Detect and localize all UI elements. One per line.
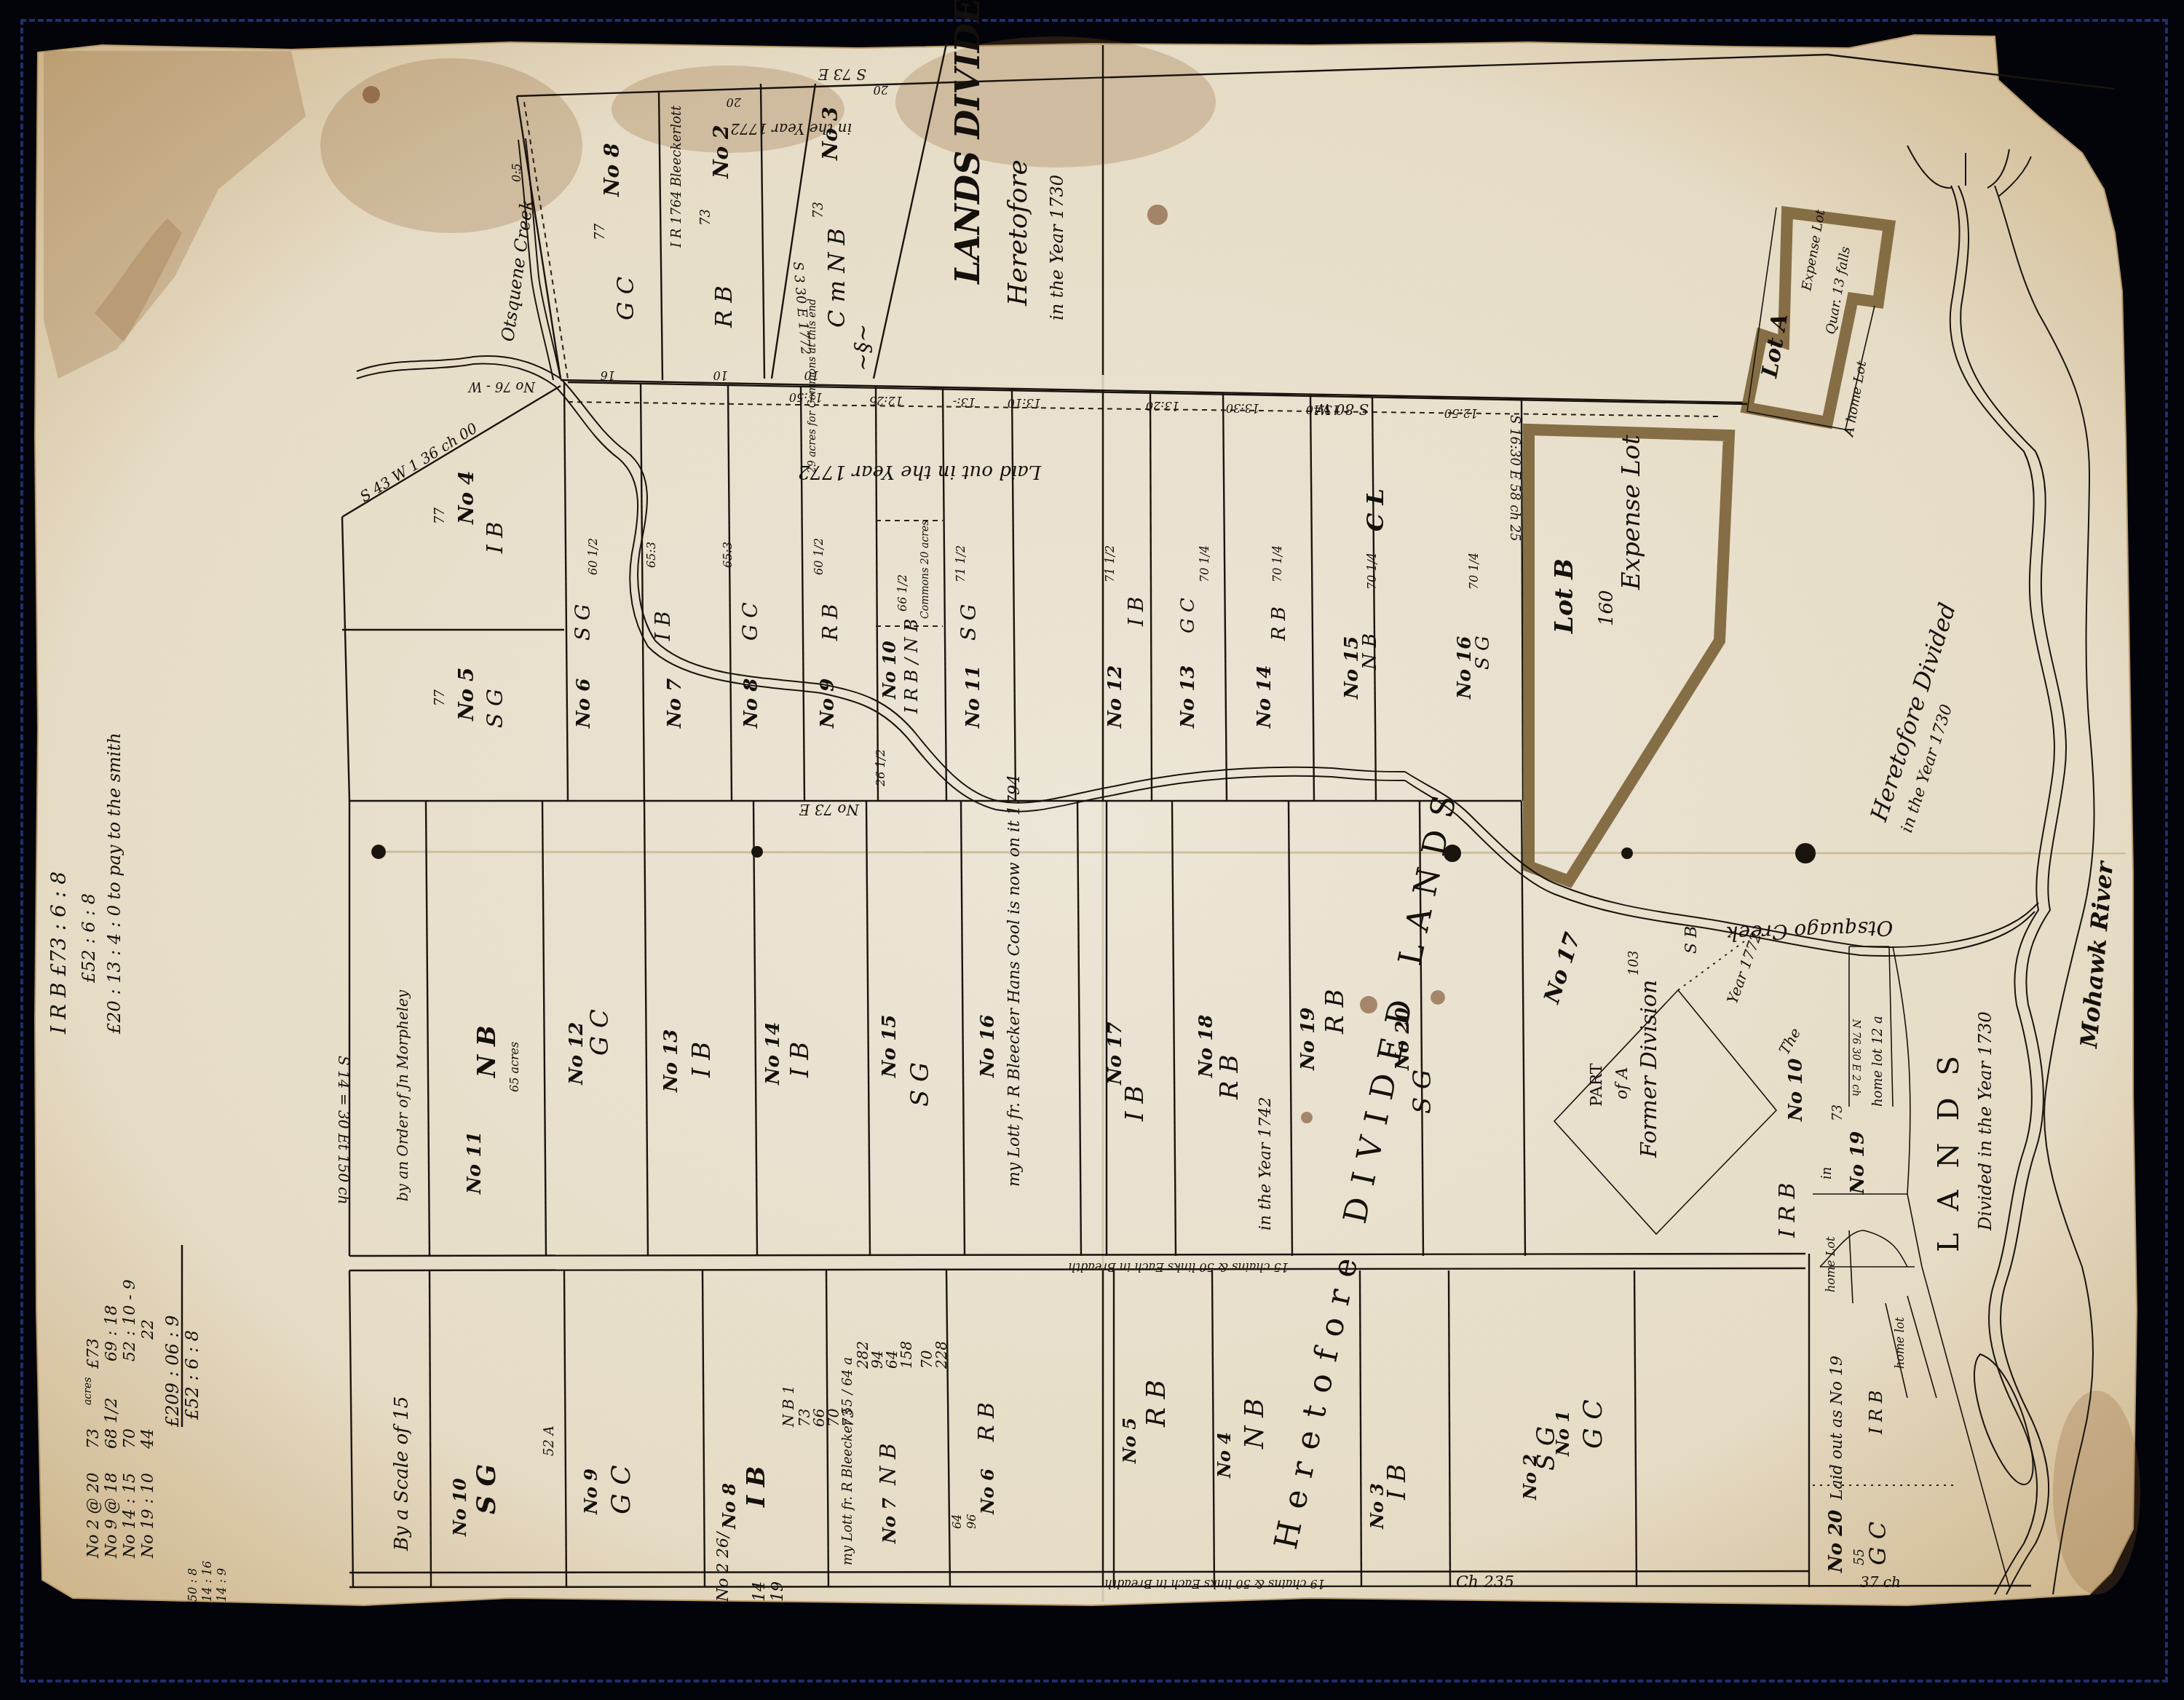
map-label: No 8 xyxy=(600,143,624,198)
map-label: G C xyxy=(1578,1399,1608,1449)
bearing-home-lot: N 76 30 E 2 ch xyxy=(1850,1019,1861,1096)
map-label: No 12 xyxy=(1104,665,1126,729)
map-label: 69 : 18 xyxy=(103,1305,121,1361)
map-label: No 6 xyxy=(573,679,595,729)
chain-label-lower: 19 chains & 50 links Each in Breadth xyxy=(1104,1577,1325,1591)
map-label: S B xyxy=(1682,926,1701,954)
map-label: R B xyxy=(1321,989,1350,1035)
map-label: No 5 xyxy=(1119,1418,1140,1464)
map-label: 22 xyxy=(139,1319,157,1340)
bearing-top: S 73 E xyxy=(818,66,866,83)
bearing-lot16: S 16:30 E 58 ch 25 xyxy=(1507,415,1522,541)
map-label: 20 xyxy=(727,95,742,109)
map-label: 71 1/2 xyxy=(954,545,968,582)
map-label: No 14 xyxy=(1254,665,1275,729)
map-label: 77 xyxy=(432,689,448,706)
part-label: PART xyxy=(1588,1063,1606,1107)
bearing-left-margin: S 14 = 30 Et 150 ch xyxy=(335,1056,352,1204)
former-division-label: Former Division xyxy=(1637,980,1662,1158)
map-label: acres xyxy=(82,1377,94,1405)
map-label: 29 acres for Commons at this end xyxy=(807,299,818,474)
map-label: I B xyxy=(742,1466,771,1508)
title-year-1742: in the Year 1742 xyxy=(1257,1097,1275,1230)
account-total-1: £209 : 06 : 9 xyxy=(162,1315,183,1428)
map-label: No 8 xyxy=(719,1483,740,1530)
map-label: 52 A xyxy=(542,1426,557,1456)
map-label: 73 xyxy=(698,209,713,226)
map-label: 70 1/4 xyxy=(1365,553,1379,590)
lot-b-acres: 160 xyxy=(1596,590,1618,626)
map-label: 16 xyxy=(601,368,615,382)
map-label: 13:20 xyxy=(1146,399,1179,413)
map-label: I B xyxy=(786,1042,815,1078)
map-label: G C xyxy=(738,602,762,641)
map-label: G C xyxy=(585,1009,614,1056)
account-row-2: No 9 @ 18 xyxy=(103,1473,121,1559)
part-of-a-label: of A xyxy=(1613,1067,1631,1099)
scale-bottom: Ch 235 xyxy=(1456,1573,1514,1592)
map-label: No 18 xyxy=(1195,1015,1217,1078)
map-label: No 7 xyxy=(879,1498,900,1544)
map-label: 60 1/2 xyxy=(812,538,826,575)
chain-label-upper: 15 chains & 50 links Each in Breadth xyxy=(1068,1260,1289,1274)
map-label: N B 1 xyxy=(780,1385,797,1428)
map-label: 12:25 xyxy=(869,394,903,408)
map-label: 66 1/2 xyxy=(895,574,909,612)
map-label: my Lott fr. R Bleecker Hans Cool is now … xyxy=(1005,775,1024,1187)
map-label: I R 1764 Bleeckerlott xyxy=(669,105,684,248)
map-label: S G xyxy=(471,1464,502,1514)
map-label: 96 xyxy=(965,1514,978,1529)
map-label: 70 1/4 xyxy=(1270,545,1284,582)
map-label: R B xyxy=(818,604,842,641)
scale-bottom-right: 37 ch xyxy=(1860,1573,1901,1591)
map-label: 12:50 xyxy=(1444,406,1478,420)
map-label: No 15 xyxy=(879,1015,901,1078)
map-label: No 13 xyxy=(1177,665,1199,729)
map-label: R B xyxy=(1142,1380,1171,1428)
map-label: No 16 xyxy=(977,1015,999,1078)
title-year-1730: in the Year 1730 xyxy=(1047,175,1067,320)
map-label: No 9 xyxy=(580,1468,601,1515)
map-label: by an Order of Jn Morpheley xyxy=(394,989,411,1201)
map-label: 70 1/4 xyxy=(1198,545,1211,582)
map-label: No 17 xyxy=(1104,1022,1126,1086)
map-label: 13:30 xyxy=(1226,401,1259,415)
map-label: C L xyxy=(1361,489,1389,531)
map-label: R B xyxy=(974,1402,1000,1442)
map-label: 68 1/2 xyxy=(103,1398,121,1449)
map-label: 65 acres xyxy=(507,1042,521,1092)
map-label: 13:- xyxy=(953,395,976,409)
map-label: No 1 xyxy=(1552,1410,1573,1457)
map-label: S G xyxy=(571,604,595,641)
map-label: No 2 xyxy=(714,1563,732,1603)
map-label: 52 : 10 - 9 xyxy=(121,1279,139,1361)
map-label: No 10 xyxy=(879,641,900,700)
map-label: No 10 xyxy=(1785,1059,1807,1122)
title-heretofore: Heretofore xyxy=(1003,159,1033,307)
map-label: S G xyxy=(1472,636,1494,670)
map-label: 73 xyxy=(1830,1104,1845,1121)
map-label: By a Scale of 15 xyxy=(391,1396,413,1551)
map-label: 73 xyxy=(84,1428,103,1449)
map-label: £73 xyxy=(84,1338,103,1369)
map-label: I R B / N B xyxy=(901,619,922,714)
map-label: No 10 xyxy=(449,1478,470,1537)
home-lot-lower: home lot xyxy=(1893,1317,1907,1369)
map-label: 14 : 16 xyxy=(200,1561,214,1602)
map-label: No 6 xyxy=(977,1468,998,1515)
map-label: 70 1/4 xyxy=(1467,553,1481,590)
home-lot-small: home Lot xyxy=(1824,1236,1837,1292)
map-label: I R B xyxy=(1866,1391,1886,1435)
map-label: 103 xyxy=(1626,951,1642,976)
lot-b-name: Expense Lot xyxy=(1617,435,1646,590)
survey-map: LANDS DIVIDED Heretofore in the Year 173… xyxy=(0,0,2184,1700)
map-label: 13:10 xyxy=(1008,396,1041,410)
map-label: No 3 xyxy=(818,107,842,162)
map-label: 77 xyxy=(593,224,608,240)
map-label: 44 xyxy=(139,1428,157,1450)
map-label: C m N B xyxy=(823,228,850,328)
map-label: R B xyxy=(710,285,737,328)
map-label: No 20 xyxy=(1392,1008,1414,1071)
title-lands-bottom-right: LANDS xyxy=(1932,1034,1966,1252)
account-top-1: I R B £73 : 6 : 8 xyxy=(47,871,71,1035)
account-row-4: No 19 : 10 xyxy=(139,1473,157,1559)
map-label: 20 xyxy=(874,83,889,97)
account-total-2: £52 : 6 : 8 xyxy=(182,1330,202,1420)
map-label: 14 : 9 xyxy=(215,1568,229,1602)
map-label: N B xyxy=(1359,633,1381,671)
map-label: 50 : 8 xyxy=(186,1568,199,1602)
account-row-1: No 2 @ 20 xyxy=(84,1473,103,1559)
map-label: 64 xyxy=(950,1514,964,1529)
map-label: 73 xyxy=(811,202,826,218)
lot-b-label: Lot B xyxy=(1550,558,1579,634)
map-label: No 11 xyxy=(962,665,984,729)
map-label: No 14 xyxy=(762,1022,784,1086)
map-label: S G xyxy=(1408,1070,1437,1114)
map-label: N B xyxy=(876,1443,901,1486)
map-label: 0:5 xyxy=(510,163,523,182)
map-label: N B xyxy=(1240,1399,1270,1450)
map-label: No 5 xyxy=(454,668,478,722)
flourish-cartouche: ~§~ xyxy=(850,324,876,371)
title-lands: LANDS DIVIDED xyxy=(948,0,987,285)
map-label: I B xyxy=(687,1042,716,1078)
map-label: G C xyxy=(612,277,639,320)
map-label: No 11 xyxy=(464,1131,486,1195)
map-label: in xyxy=(1819,1167,1835,1179)
map-label: 13:40 xyxy=(1306,403,1340,416)
map-label: 70 xyxy=(121,1428,139,1449)
map-label: No 19 xyxy=(1847,1131,1869,1195)
map-label: Laid out as No 19 xyxy=(1828,1356,1846,1501)
map-label: G C xyxy=(606,1465,636,1514)
map-label: I B xyxy=(1120,1086,1150,1122)
map-label: 26/ xyxy=(714,1530,732,1559)
account-top-2: £52 : 6 : 8 xyxy=(79,893,99,984)
map-label: G C xyxy=(1177,598,1199,633)
map-label: S G xyxy=(957,604,981,641)
account-top-3: £20 : 13 : 4 : 0 to pay to the smith xyxy=(104,732,124,1035)
map-label: S G xyxy=(906,1062,935,1107)
map-label: 65:3 xyxy=(644,542,658,568)
map-label: No 13 xyxy=(660,1029,682,1093)
map-label: I B xyxy=(651,611,675,641)
map-label: G C xyxy=(1864,1522,1891,1565)
map-label: 77 xyxy=(432,507,448,524)
map-label: 60 1/2 xyxy=(586,538,600,575)
map-label: 26 1/2 xyxy=(874,749,887,787)
map-label: R B xyxy=(1268,606,1290,641)
account-row-3: No 14 : 15 xyxy=(121,1473,139,1559)
title-divided-1730-bottom-right: Divided in the Year 1730 xyxy=(1975,1011,1995,1231)
map-label: 65:3 xyxy=(721,542,735,568)
map-label: No 8 xyxy=(740,679,762,729)
map-label: 19 xyxy=(769,1581,787,1602)
map-label: 14 xyxy=(751,1581,769,1602)
bearing-no73: No 73 E xyxy=(799,801,860,818)
map-label: 158 xyxy=(898,1341,915,1369)
map-label: No 20 xyxy=(1825,1510,1847,1573)
map-label: No 4 xyxy=(454,471,478,526)
map-label: No 19 xyxy=(1297,1008,1319,1071)
map-label: No 4 xyxy=(1214,1432,1235,1479)
map-label: No 7 xyxy=(664,679,686,729)
map-label: 71 1/2 xyxy=(1103,545,1117,582)
title-laid-out-1772: Laid out in the Year 1772 xyxy=(798,461,1042,483)
home-lot-12: home lot 12 a xyxy=(1870,1016,1886,1107)
bearing-row: No 76 - W xyxy=(467,379,536,394)
map-label: No 2 xyxy=(709,125,733,180)
map-label: No 9 xyxy=(817,679,839,729)
map-label: I B xyxy=(1382,1464,1412,1501)
map-label: R B xyxy=(1215,1055,1244,1100)
map-label: I B xyxy=(1124,596,1148,627)
map-label: Commons 20 acres xyxy=(919,521,931,619)
map-label: 228 xyxy=(933,1341,950,1369)
map-label: I R B xyxy=(1775,1182,1800,1238)
map-label: 10 xyxy=(713,368,728,382)
map-label: I B xyxy=(483,522,508,554)
map-label: my Lott fr. R Bleecker 55 / 64 a xyxy=(840,1357,855,1565)
map-label: No 12 xyxy=(566,1022,587,1086)
map-label: N B xyxy=(472,1025,502,1078)
map-label: S G xyxy=(483,689,508,728)
